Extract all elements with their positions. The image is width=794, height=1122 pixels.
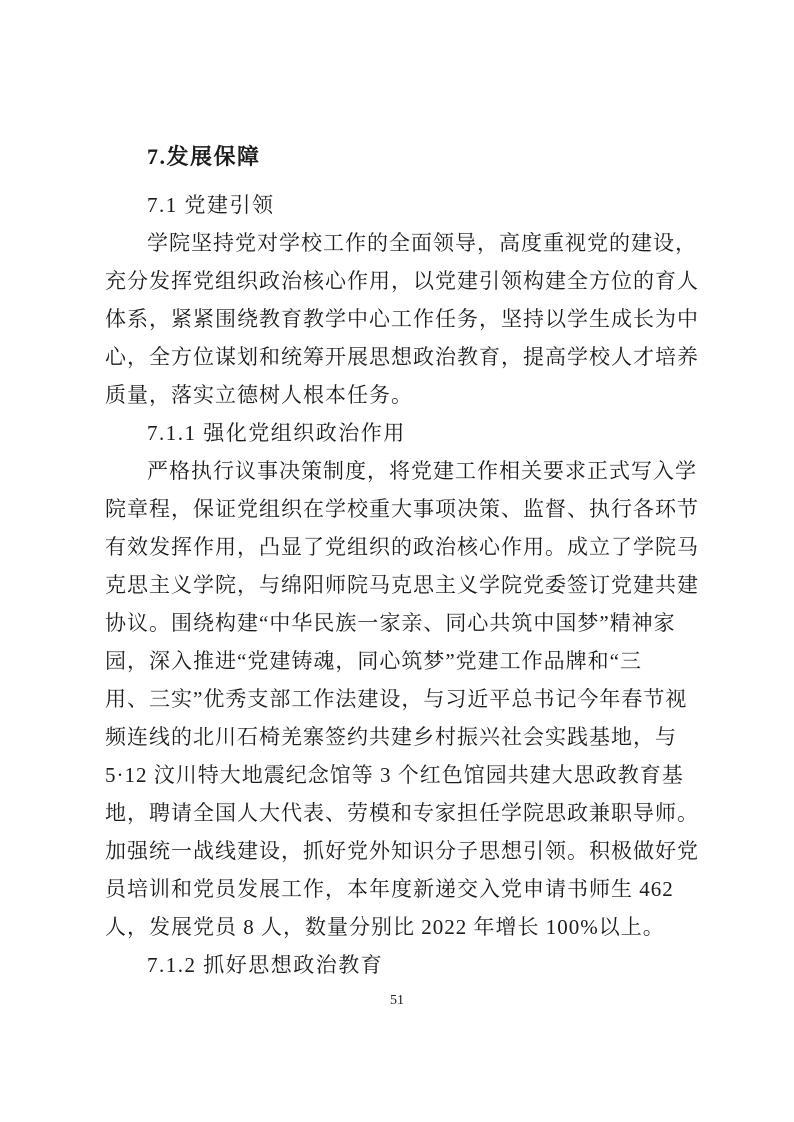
- text-line: 克思主义学院，与绵阳师院马克思主义学院党委签订党建共建: [105, 566, 705, 604]
- text-line: 5·12 汶川特大地震纪念馆等 3 个红色馆园共建大思政教育基: [105, 756, 705, 794]
- text-line: 园，深入推进“党建铸魂，同心筑梦”党建工作品牌和“三: [105, 642, 705, 680]
- heading-line: 7.1.1 强化党组织政治作用: [105, 414, 705, 452]
- document-page: 7.发展保障7.1 党建引领学院坚持党对学校工作的全面领导，高度重视党的建设，充…: [0, 0, 794, 1122]
- heading-line: 7.1.2 抓好思想政治教育: [105, 946, 705, 984]
- page-footer: 51: [0, 992, 794, 1010]
- text-line: 学院坚持党对学校工作的全面领导，高度重视党的建设，: [105, 224, 705, 262]
- text-line: 严格执行议事决策制度，将党建工作相关要求正式写入学: [105, 452, 705, 490]
- text-line: 心，全方位谋划和统筹开展思想政治教育，提高学校人才培养: [105, 338, 705, 376]
- heading-line: 7.1 党建引领: [105, 186, 705, 224]
- text-line: 人，发展党员 8 人，数量分别比 2022 年增长 100%以上。: [105, 908, 705, 946]
- text-line: 协议。围绕构建“中华民族一家亲、同心共筑中国梦”精神家: [105, 604, 705, 642]
- text-line: 院章程，保证党组织在学校重大事项决策、监督、执行各环节: [105, 490, 705, 528]
- page-number: 51: [390, 993, 404, 1008]
- text-line: 有效发挥作用，凸显了党组织的政治核心作用。成立了学院马: [105, 528, 705, 566]
- text-line: 频连线的北川石椅羌寨签约共建乡村振兴社会实践基地，与: [105, 718, 705, 756]
- text-line: 地，聘请全国人大代表、劳模和专家担任学院思政兼职导师。: [105, 794, 705, 832]
- text-line: 体系，紧紧围绕教育教学中心工作任务，坚持以学生成长为中: [105, 300, 705, 338]
- text-line: 充分发挥党组织政治核心作用，以党建引领构建全方位的育人: [105, 262, 705, 300]
- text-line: 员培训和党员发展工作，本年度新递交入党申请书师生 462: [105, 870, 705, 908]
- text-line: 质量，落实立德树人根本任务。: [105, 376, 705, 414]
- text-line: 用、三实”优秀支部工作法建设，与习近平总书记今年春节视: [105, 680, 705, 718]
- document-body: 7.发展保障7.1 党建引领学院坚持党对学校工作的全面领导，高度重视党的建设，充…: [105, 138, 705, 984]
- text-line: 加强统一战线建设，抓好党外知识分子思想引领。积极做好党: [105, 832, 705, 870]
- heading-line: 7.发展保障: [105, 138, 705, 176]
